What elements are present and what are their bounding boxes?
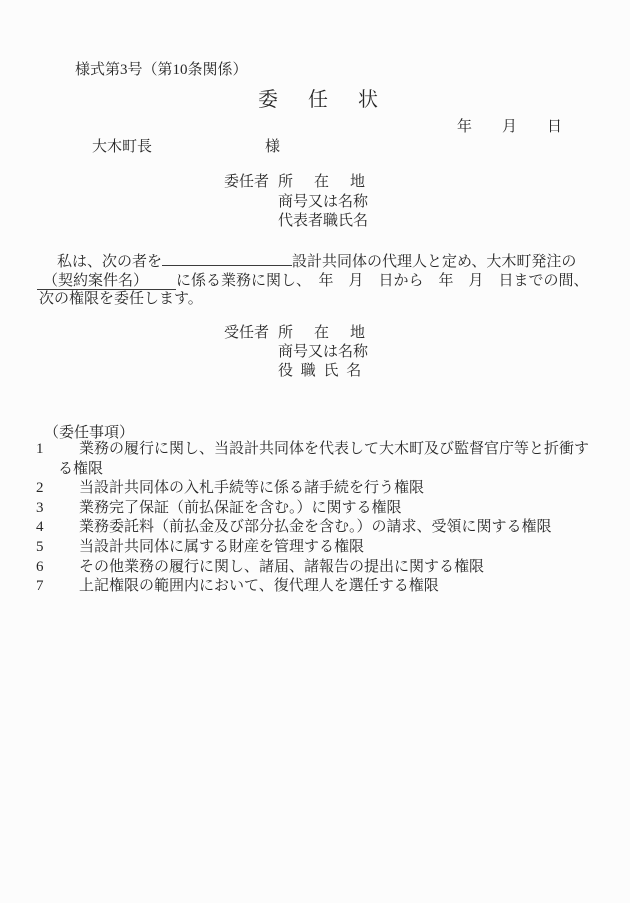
delegate-field-officer: 役 職 氏 名 — [278, 363, 363, 380]
contract-name-field: （契約案件名） — [37, 273, 176, 290]
matter-item: 4業務委託料（前払金及び部分払金を含む。）の請求、受領に関する権限 — [47, 518, 592, 538]
matters-list: 1業務の履行に関し、当設計共同体を代表して大木町及び監督官庁等と折衝する権限 2… — [47, 440, 592, 597]
contract-name-label: （契約案件名） — [43, 273, 148, 289]
body-line-1-post: 設計共同体の代理人と定め、大木町発注の — [292, 254, 576, 270]
matter-item: 5当設計共同体に属する財産を管理する権限 — [47, 538, 592, 558]
item-number: 5 — [47, 538, 79, 558]
item-number: 3 — [47, 499, 79, 519]
blank-underline-delegate-name — [162, 251, 292, 266]
delegate-field-company: 商号又は名称 — [278, 344, 368, 361]
item-text: 業務委託料（前払金及び部分払金を含む。）の請求、受領に関する権限 — [79, 519, 552, 535]
item-text: その他業務の履行に関し、諸届、諸報告の提出に関する権限 — [79, 559, 484, 575]
addressee-honorific: 様 — [265, 139, 280, 156]
item-text: 業務の履行に関し、当設計共同体を代表して大木町及び監督官庁等と折衝する権限 — [58, 441, 589, 477]
delegate-label: 受任者 — [224, 325, 269, 342]
delegator-field-address: 所 在 地 — [278, 174, 368, 191]
item-text: 当設計共同体に属する財産を管理する権限 — [79, 539, 364, 555]
item-text: 業務完了保証（前払保証を含む。）に関する権限 — [79, 500, 402, 516]
item-number: 4 — [47, 518, 79, 538]
document-page: 様式第3号（第10条関係） 委 任 状 年 月 日 大木町長 様 委任者 所 在… — [0, 0, 630, 903]
item-number: 1 — [47, 440, 79, 460]
item-text: 上記権限の範囲内において、復代理人を選任する権限 — [79, 578, 439, 594]
delegate-field-address: 所 在 地 — [278, 325, 368, 342]
body-line-2-rest: に係る業務に関し、 年 月 日から 年 月 日までの間、 — [176, 273, 589, 289]
matter-item: 3業務完了保証（前払保証を含む。）に関する権限 — [47, 499, 592, 519]
matter-item: 7上記権限の範囲内において、復代理人を選任する権限 — [47, 577, 592, 597]
delegator-label: 委任者 — [224, 174, 269, 191]
matter-item: 6その他業務の履行に関し、諸届、諸報告の提出に関する権限 — [47, 558, 592, 578]
item-text: 当設計共同体の入札手続等に係る諸手続を行う権限 — [79, 480, 424, 496]
body-line-1: 私は、次の者を設計共同体の代理人と定め、大木町発注の — [57, 251, 576, 271]
delegator-field-representative: 代表者職氏名 — [278, 213, 368, 230]
item-number: 6 — [47, 558, 79, 578]
item-number: 2 — [47, 479, 79, 499]
item-number: 7 — [47, 577, 79, 597]
body-line-3: 次の権限を委任します。 — [39, 291, 203, 308]
matter-item: 1業務の履行に関し、当設計共同体を代表して大木町及び監督官庁等と折衝する権限 — [47, 440, 592, 479]
delegator-field-company: 商号又は名称 — [278, 194, 368, 211]
addressee-name: 大木町長 — [92, 139, 152, 156]
underline-trail-space — [148, 271, 176, 285]
date-line: 年 月 日 — [457, 119, 562, 136]
document-title: 委 任 状 — [258, 89, 383, 112]
form-number: 様式第3号（第10条関係） — [75, 62, 248, 79]
matter-item: 2当設計共同体の入札手続等に係る諸手続を行う権限 — [47, 479, 592, 499]
body-line-2: （契約案件名）に係る業務に関し、 年 月 日から 年 月 日までの間、 — [37, 271, 589, 290]
body-line-1-pre: 私は、次の者を — [57, 254, 162, 270]
